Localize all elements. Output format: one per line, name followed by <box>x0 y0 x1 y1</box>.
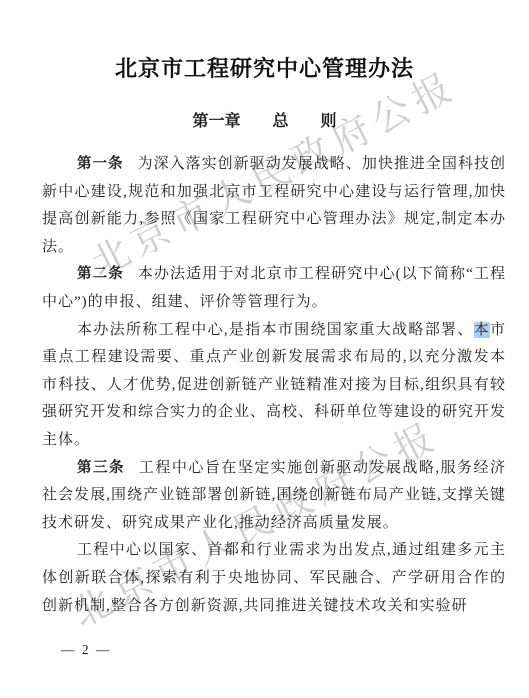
paragraph-article-3-continued: 工程中心以国家、首都和行业需求为出发点,通过组建多元主体创新联合体,探索有利于央… <box>42 537 506 620</box>
paragraph-article-2: 第二条本办法适用于对北京市工程研究中心(以下简称“工程中心”)的申报、组建、评价… <box>42 261 506 316</box>
article-1-label: 第一条 <box>77 156 124 172</box>
page-number: — 2 — <box>61 642 112 658</box>
document-title: 北京市工程研究中心管理办法 <box>0 52 529 83</box>
definition-text-after: 市重点工程建设需要、重点产业创新发展需求布局的,以充分激发本市科技、人才优势,促… <box>42 322 506 448</box>
paragraph-definition: 本办法所称工程中心,是指本市围绕国家重大战略部署、本市重点工程建设需要、重点产业… <box>42 317 506 455</box>
chapter-heading: 第一章 总 则 <box>0 108 529 131</box>
paragraph-article-1: 第一条为深入落实创新驱动发展战略、加快推进全国科技创新中心建设,规范和加强北京市… <box>42 151 506 261</box>
article-2-label: 第二条 <box>77 266 124 282</box>
definition-text-before: 本办法所称工程中心,是指本市围绕国家重大战略部署、 <box>77 322 474 338</box>
article-3-continued-text: 工程中心以国家、首都和行业需求为出发点,通过组建多元主体创新联合体,探索有利于央… <box>42 542 506 613</box>
paragraph-article-3: 第三条工程中心旨在坚定实施创新驱动发展战略,服务经济社会发展,围绕产业链部署创新… <box>42 455 506 538</box>
document-body: 第一条为深入落实创新驱动发展战略、加快推进全国科技创新中心建设,规范和加强北京市… <box>42 151 506 620</box>
article-3-label: 第三条 <box>77 460 125 476</box>
document-page: 北京市人民政府公报 北京市人民政府公报 北京市工程研究中心管理办法 第一章 总 … <box>0 0 529 698</box>
search-highlight: 本 <box>474 322 490 338</box>
